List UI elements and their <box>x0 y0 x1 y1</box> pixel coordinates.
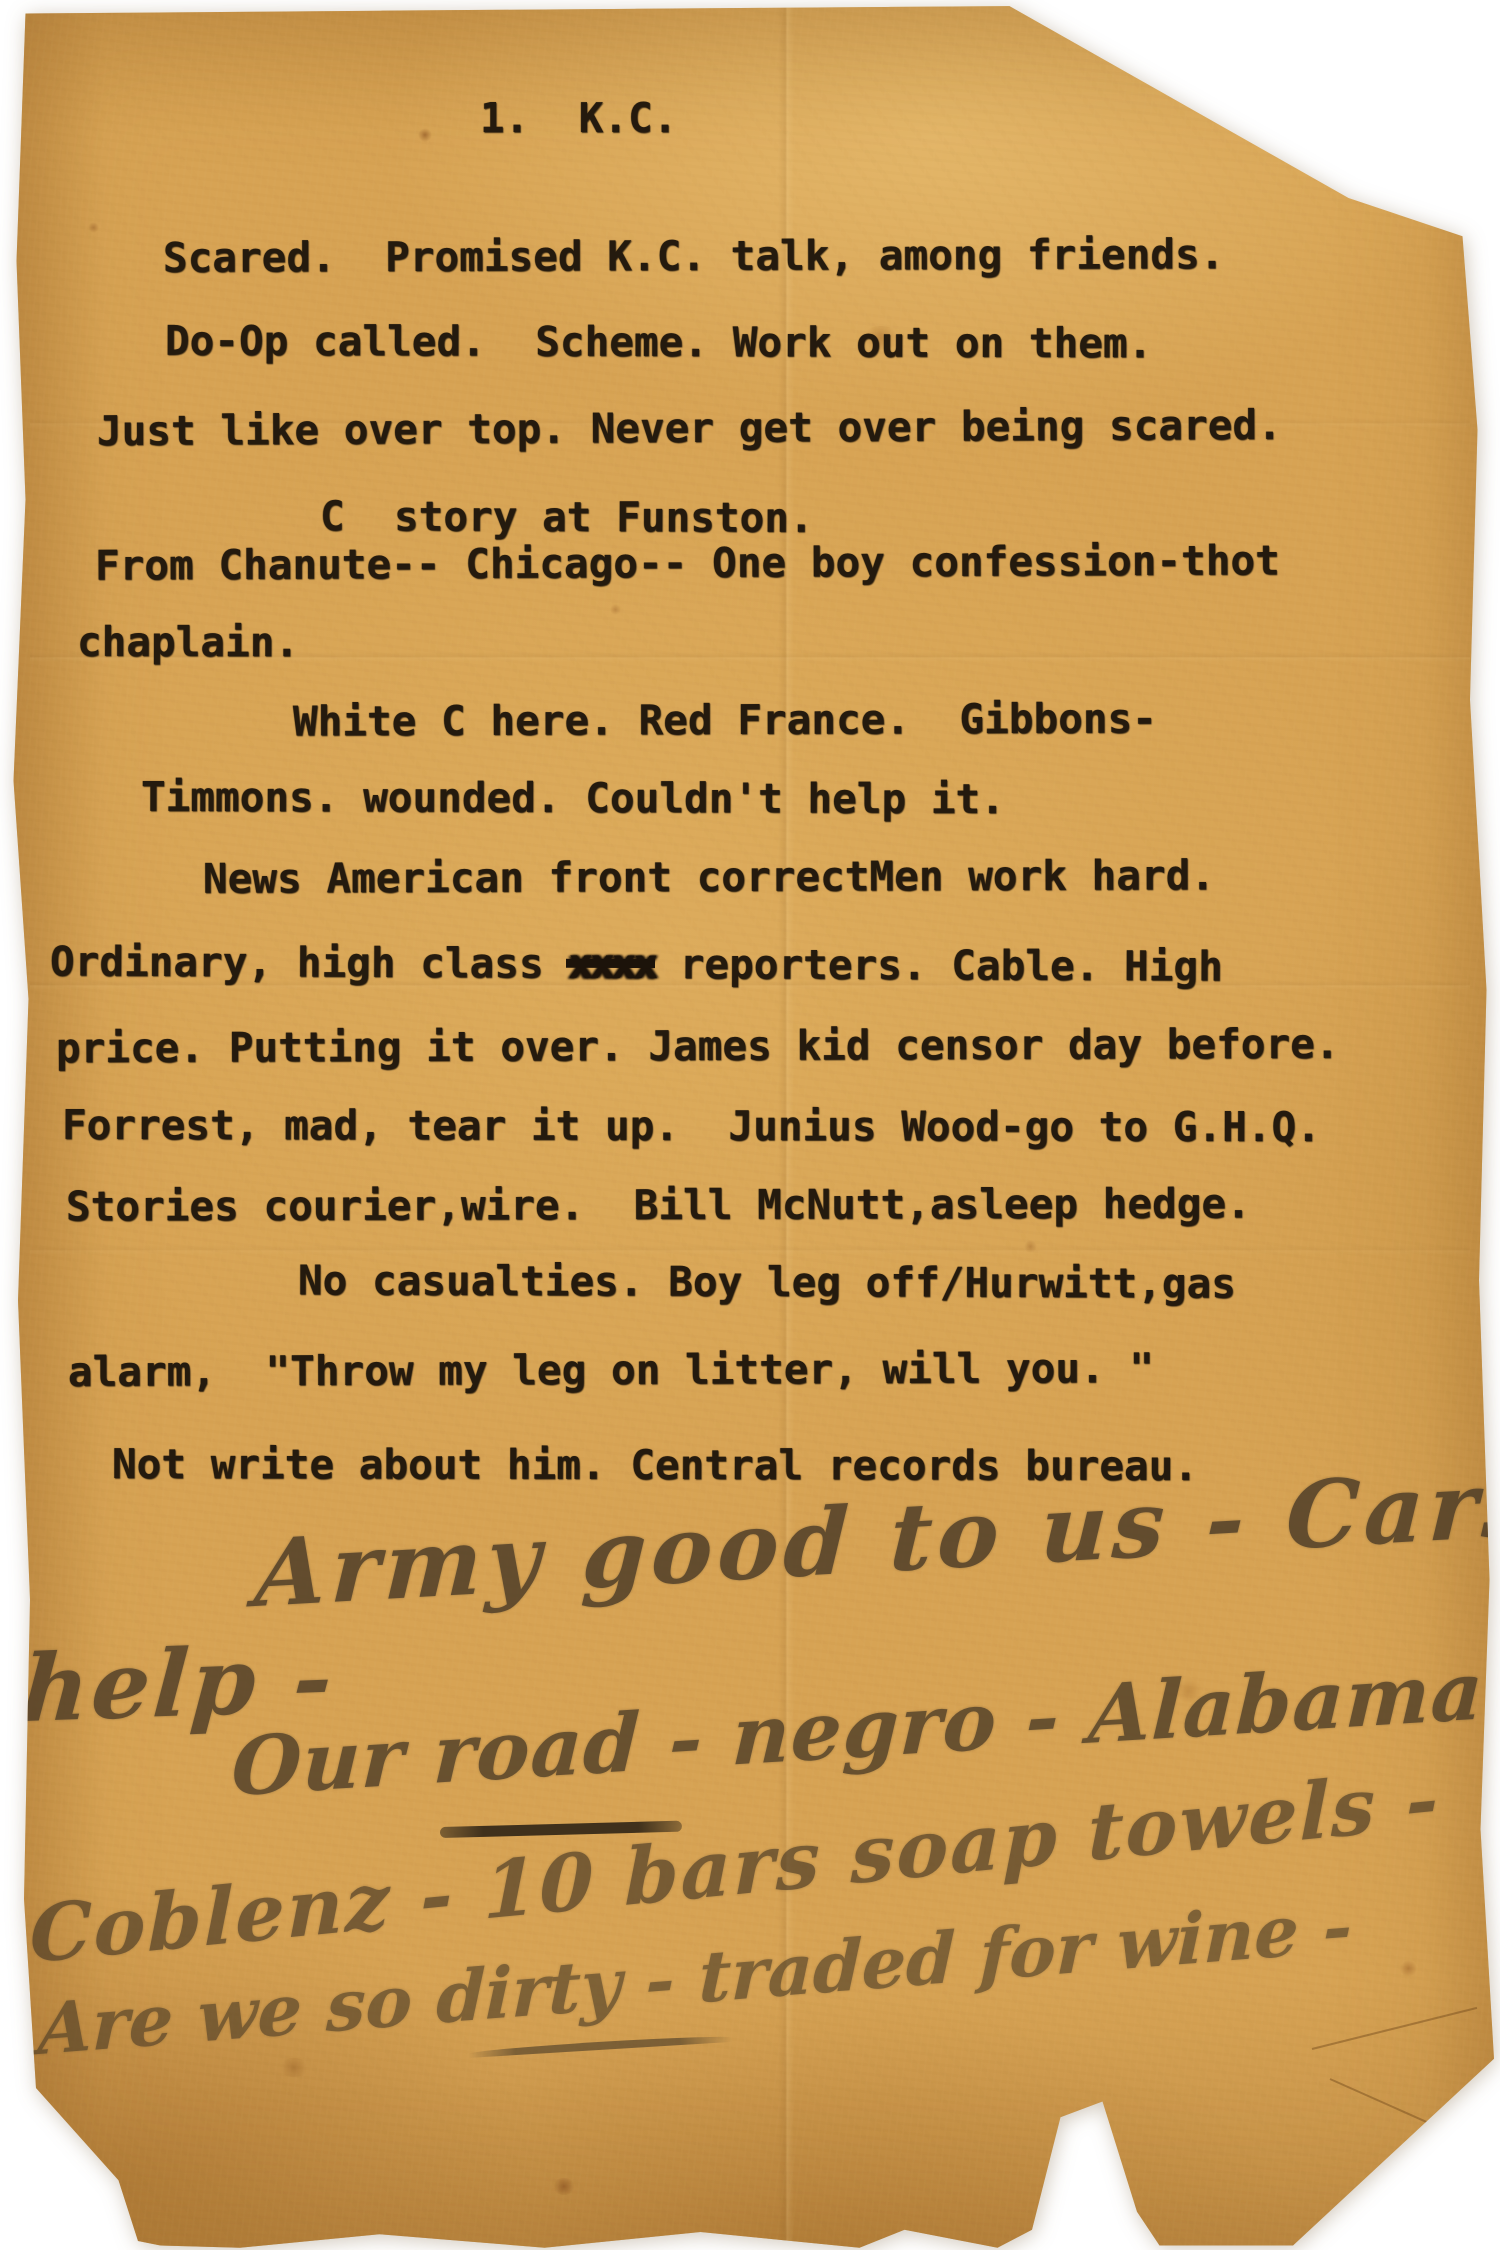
strikeout-text: xxxx <box>568 940 655 988</box>
corner-fold-crease <box>1330 2078 1491 2151</box>
corner-fold-crease <box>1312 2007 1477 2050</box>
scan-background: 1. K.C. Scared. Promised K.C. talk, amon… <box>0 0 1500 2250</box>
typed-line: No casualties. Boy leg off/Hurwitt,gas <box>298 1260 1236 1304</box>
typed-line: Forrest, mad, tear it up. Junius Wood-go… <box>62 1105 1321 1148</box>
typed-line: News American front correctMen work hard… <box>203 855 1215 900</box>
stain-spot <box>1400 1960 1417 1977</box>
page-number: 1. <box>480 94 529 142</box>
typed-line: From Chanute-- Chicago-- One boy confess… <box>95 540 1280 586</box>
paper-sheet: 1. K.C. Scared. Promised K.C. talk, amon… <box>0 0 1500 2250</box>
typed-text-segment: Ordinary, high class <box>50 937 569 987</box>
typed-line: Stories courier,wire. Bill McNutt,asleep… <box>66 1183 1251 1227</box>
stain-spot <box>88 222 99 233</box>
stain-spot <box>1024 1240 1037 1253</box>
typed-line: C story at Funston. <box>320 496 814 539</box>
typed-line: chaplain. <box>77 622 299 663</box>
stain-spot <box>552 2178 576 2195</box>
header-gap <box>529 94 578 142</box>
page-header: 1. K.C. <box>480 98 678 139</box>
typed-line: Timmons. wounded. Couldn't help it. <box>141 777 1005 820</box>
typed-line: Ordinary, high class xxxx reporters. Cab… <box>50 941 1223 987</box>
stain-spot <box>418 128 432 142</box>
pencil-dash-stroke <box>468 2034 733 2058</box>
document-title: K.C. <box>579 94 678 142</box>
typed-line: Do-Op called. Scheme. Work out on them. <box>165 321 1152 365</box>
typed-text-segment: reporters. Cable. High <box>655 940 1223 990</box>
typed-line: alarm, "Throw my leg on litter, will you… <box>68 1348 1154 1393</box>
stain-spot <box>610 604 621 615</box>
typed-line: White C here. Red France. Gibbons- <box>293 698 1157 742</box>
typed-line: Scared. Promised K.C. talk, among friend… <box>163 234 1225 279</box>
stain-spot <box>278 2058 310 2077</box>
typed-line: Just like over top. Never get over being… <box>97 405 1282 452</box>
paper-wrap: 1. K.C. Scared. Promised K.C. talk, amon… <box>0 0 1500 2250</box>
horizontal-crease <box>30 1245 1470 1255</box>
stain-spot <box>1238 70 1247 79</box>
typed-line: price. Putting it over. James kid censor… <box>56 1024 1340 1069</box>
